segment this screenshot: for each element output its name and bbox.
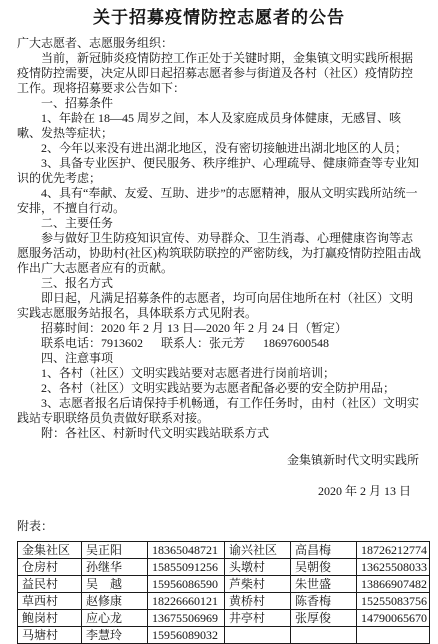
table-row: 草西村 赵修康 18226660121 黄桥村 陈香梅 15255083756 <box>18 593 430 610</box>
table-row: 金集社区 吴正阳 18365048721 谕兴社区 高昌梅 1872621277… <box>18 542 430 559</box>
signature-date: 2020 年 2 月 13 日 <box>17 484 421 499</box>
cell-area: 谕兴社区 <box>225 542 291 559</box>
section2-heading: 二、主要任务 <box>17 216 421 231</box>
cell-area: 益民村 <box>18 576 82 593</box>
attachment-table-label: 附表： <box>17 519 421 534</box>
cell-contact-name: 赵修康 <box>82 593 148 610</box>
section1-heading: 一、招募条件 <box>17 96 421 111</box>
attachment-note-line: 附：各社区、村新时代文明实践站联系方式 <box>17 426 421 441</box>
cell-phone: 15956089032 <box>148 627 225 644</box>
section4-heading: 四、注意事项 <box>17 351 421 366</box>
cell-contact-name: 吴朝俊 <box>291 559 357 576</box>
cell-area: 井亭村 <box>225 610 291 627</box>
cell-area: 芦柴村 <box>225 576 291 593</box>
cell-phone: 18726212774 <box>357 542 430 559</box>
section3-paragraph: 即日起，凡满足招募条件的志愿者，均可向居住地所在村（社区）文明实践志愿服务站报名… <box>17 291 421 321</box>
document-title: 关于招募疫情防控志愿者的公告 <box>17 7 421 29</box>
cell-contact-name <box>291 627 357 644</box>
cell-contact-name: 高昌梅 <box>291 542 357 559</box>
table-row: 益民村 吴 越 15956086590 芦柴村 朱世盛 13866907482 <box>18 576 430 593</box>
cell-contact-name: 陈香梅 <box>291 593 357 610</box>
signature-organization: 金集镇新时代文明实践所 <box>17 453 421 468</box>
section2-paragraph: 参与做好卫生防疫知识宣传、劝导群众、卫生消毒、心理健康咨询等志愿服务活动，协助村… <box>17 231 421 276</box>
section4-item-1: 1、各村（社区）文明实践站要对志愿者进行岗前培训； <box>17 366 421 381</box>
cell-phone: 18226660121 <box>148 593 225 610</box>
cell-area: 头墩村 <box>225 559 291 576</box>
section4-item-3: 3、志愿者报名后请保持手机畅通，有工作任务时，由村（社区）文明实践站专职联络员负… <box>17 396 421 426</box>
cell-contact-name: 张厚俊 <box>291 610 357 627</box>
cell-area: 草西村 <box>18 593 82 610</box>
contact-table: 金集社区 吴正阳 18365048721 谕兴社区 高昌梅 1872621277… <box>17 541 430 644</box>
cell-phone: 13675506969 <box>148 610 225 627</box>
cell-contact-name: 应心龙 <box>82 610 148 627</box>
cell-contact-name: 吴 越 <box>82 576 148 593</box>
announcement-document: 关于招募疫情防控志愿者的公告 广大志愿者、志愿服务组织： 当前，新冠肺炎疫情防控… <box>0 0 438 644</box>
cell-phone: 14790065670 <box>357 610 430 627</box>
cell-phone: 13866907482 <box>357 576 430 593</box>
section1-item-2: 2、今年以来没有进出湖北地区，没有密切接触进出湖北地区的人员； <box>17 141 421 156</box>
salutation-line: 广大志愿者、志愿服务组织： <box>17 36 421 51</box>
cell-phone: 15956086590 <box>148 576 225 593</box>
cell-area: 马塘村 <box>18 627 82 644</box>
cell-area: 黄桥村 <box>225 593 291 610</box>
cell-area <box>225 627 291 644</box>
contact-info-line: 联系电话：7913602 联系人：张元芳 18697600548 <box>17 336 421 351</box>
cell-area: 仓房村 <box>18 559 82 576</box>
cell-contact-name: 吴正阳 <box>82 542 148 559</box>
section1-item-4: 4、具有“奉献、友爱、互助、进步”的志愿精神，服从文明实践所站统一安排，不擅自行… <box>17 186 421 216</box>
cell-contact-name: 李慧玲 <box>82 627 148 644</box>
intro-paragraph: 当前，新冠肺炎疫情防控工作正处于关键时期，金集镇文明实践所根据疫情防控需要，决定… <box>17 51 421 96</box>
section1-item-3: 3、具备专业医护、便民服务、秩序维护、心理疏导、健康筛查等专业知识的优先考虑； <box>17 156 421 186</box>
table-row: 鲍岗村 应心龙 13675506969 井亭村 张厚俊 14790065670 <box>18 610 430 627</box>
recruit-time-line: 招募时间：2020 年 2 月 13 日—2020 年 2 月 24 日（暂定） <box>17 321 421 336</box>
cell-phone <box>357 627 430 644</box>
cell-phone: 13625508033 <box>357 559 430 576</box>
section4-item-2: 2、各村（社区）文明实践站要为志愿者配备必要的安全防护用品； <box>17 381 421 396</box>
cell-area: 金集社区 <box>18 542 82 559</box>
cell-phone: 15855091256 <box>148 559 225 576</box>
cell-contact-name: 朱世盛 <box>291 576 357 593</box>
section1-item-1: 1、年龄在 18—45 周岁之间，本人及家庭成员身体健康，无感冒、咳嗽、发热等症… <box>17 111 421 141</box>
cell-contact-name: 孙继华 <box>82 559 148 576</box>
section3-heading: 三、报名方式 <box>17 276 421 291</box>
table-row: 马塘村 李慧玲 15956089032 <box>18 627 430 644</box>
table-row: 仓房村 孙继华 15855091256 头墩村 吴朝俊 13625508033 <box>18 559 430 576</box>
cell-area: 鲍岗村 <box>18 610 82 627</box>
cell-phone: 18365048721 <box>148 542 225 559</box>
cell-phone: 15255083756 <box>357 593 430 610</box>
